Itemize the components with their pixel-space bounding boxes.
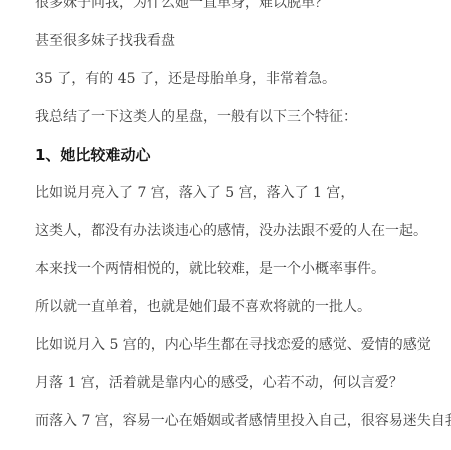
paragraph: 而落入 7 宫，容易一心在婚姻或者感情里投入自己，很容易迷失自我， <box>35 412 437 430</box>
paragraph: 甚至很多妹子找我看盘 <box>35 32 437 50</box>
document-body: 很多妹子问我，为什么她一直单身，难以脱单？甚至很多妹子找我看盘35 了，有的 4… <box>35 0 437 430</box>
paragraph: 35 了，有的 45 了，还是母胎单身，非常着急。 <box>35 70 437 88</box>
paragraph: 比如说月亮入了 7 宫，落入了 5 宫，落入了 1 宫， <box>35 184 437 202</box>
section-heading: 1、她比较难动心 <box>35 146 437 164</box>
article-page: 很多妹子问我，为什么她一直单身，难以脱单？甚至很多妹子找我看盘35 了，有的 4… <box>0 0 451 450</box>
paragraph: 我总结了一下这类人的星盘，一般有以下三个特征： <box>35 108 437 126</box>
paragraph: 所以就一直单着，也就是她们最不喜欢将就的一批人。 <box>35 298 437 316</box>
paragraph: 比如说月入 5 宫的，内心毕生都在寻找恋爱的感觉、爱情的感觉 <box>35 336 437 354</box>
paragraph: 这类人，都没有办法谈违心的感情，没办法跟不爱的人在一起。 <box>35 222 437 240</box>
paragraph: 本来找一个两情相悦的，就比较难，是一个小概率事件。 <box>35 260 437 278</box>
paragraph: 月落 1 宫，活着就是靠内心的感受，心若不动，何以言爱？ <box>35 374 437 392</box>
paragraph: 很多妹子问我，为什么她一直单身，难以脱单？ <box>35 0 437 12</box>
